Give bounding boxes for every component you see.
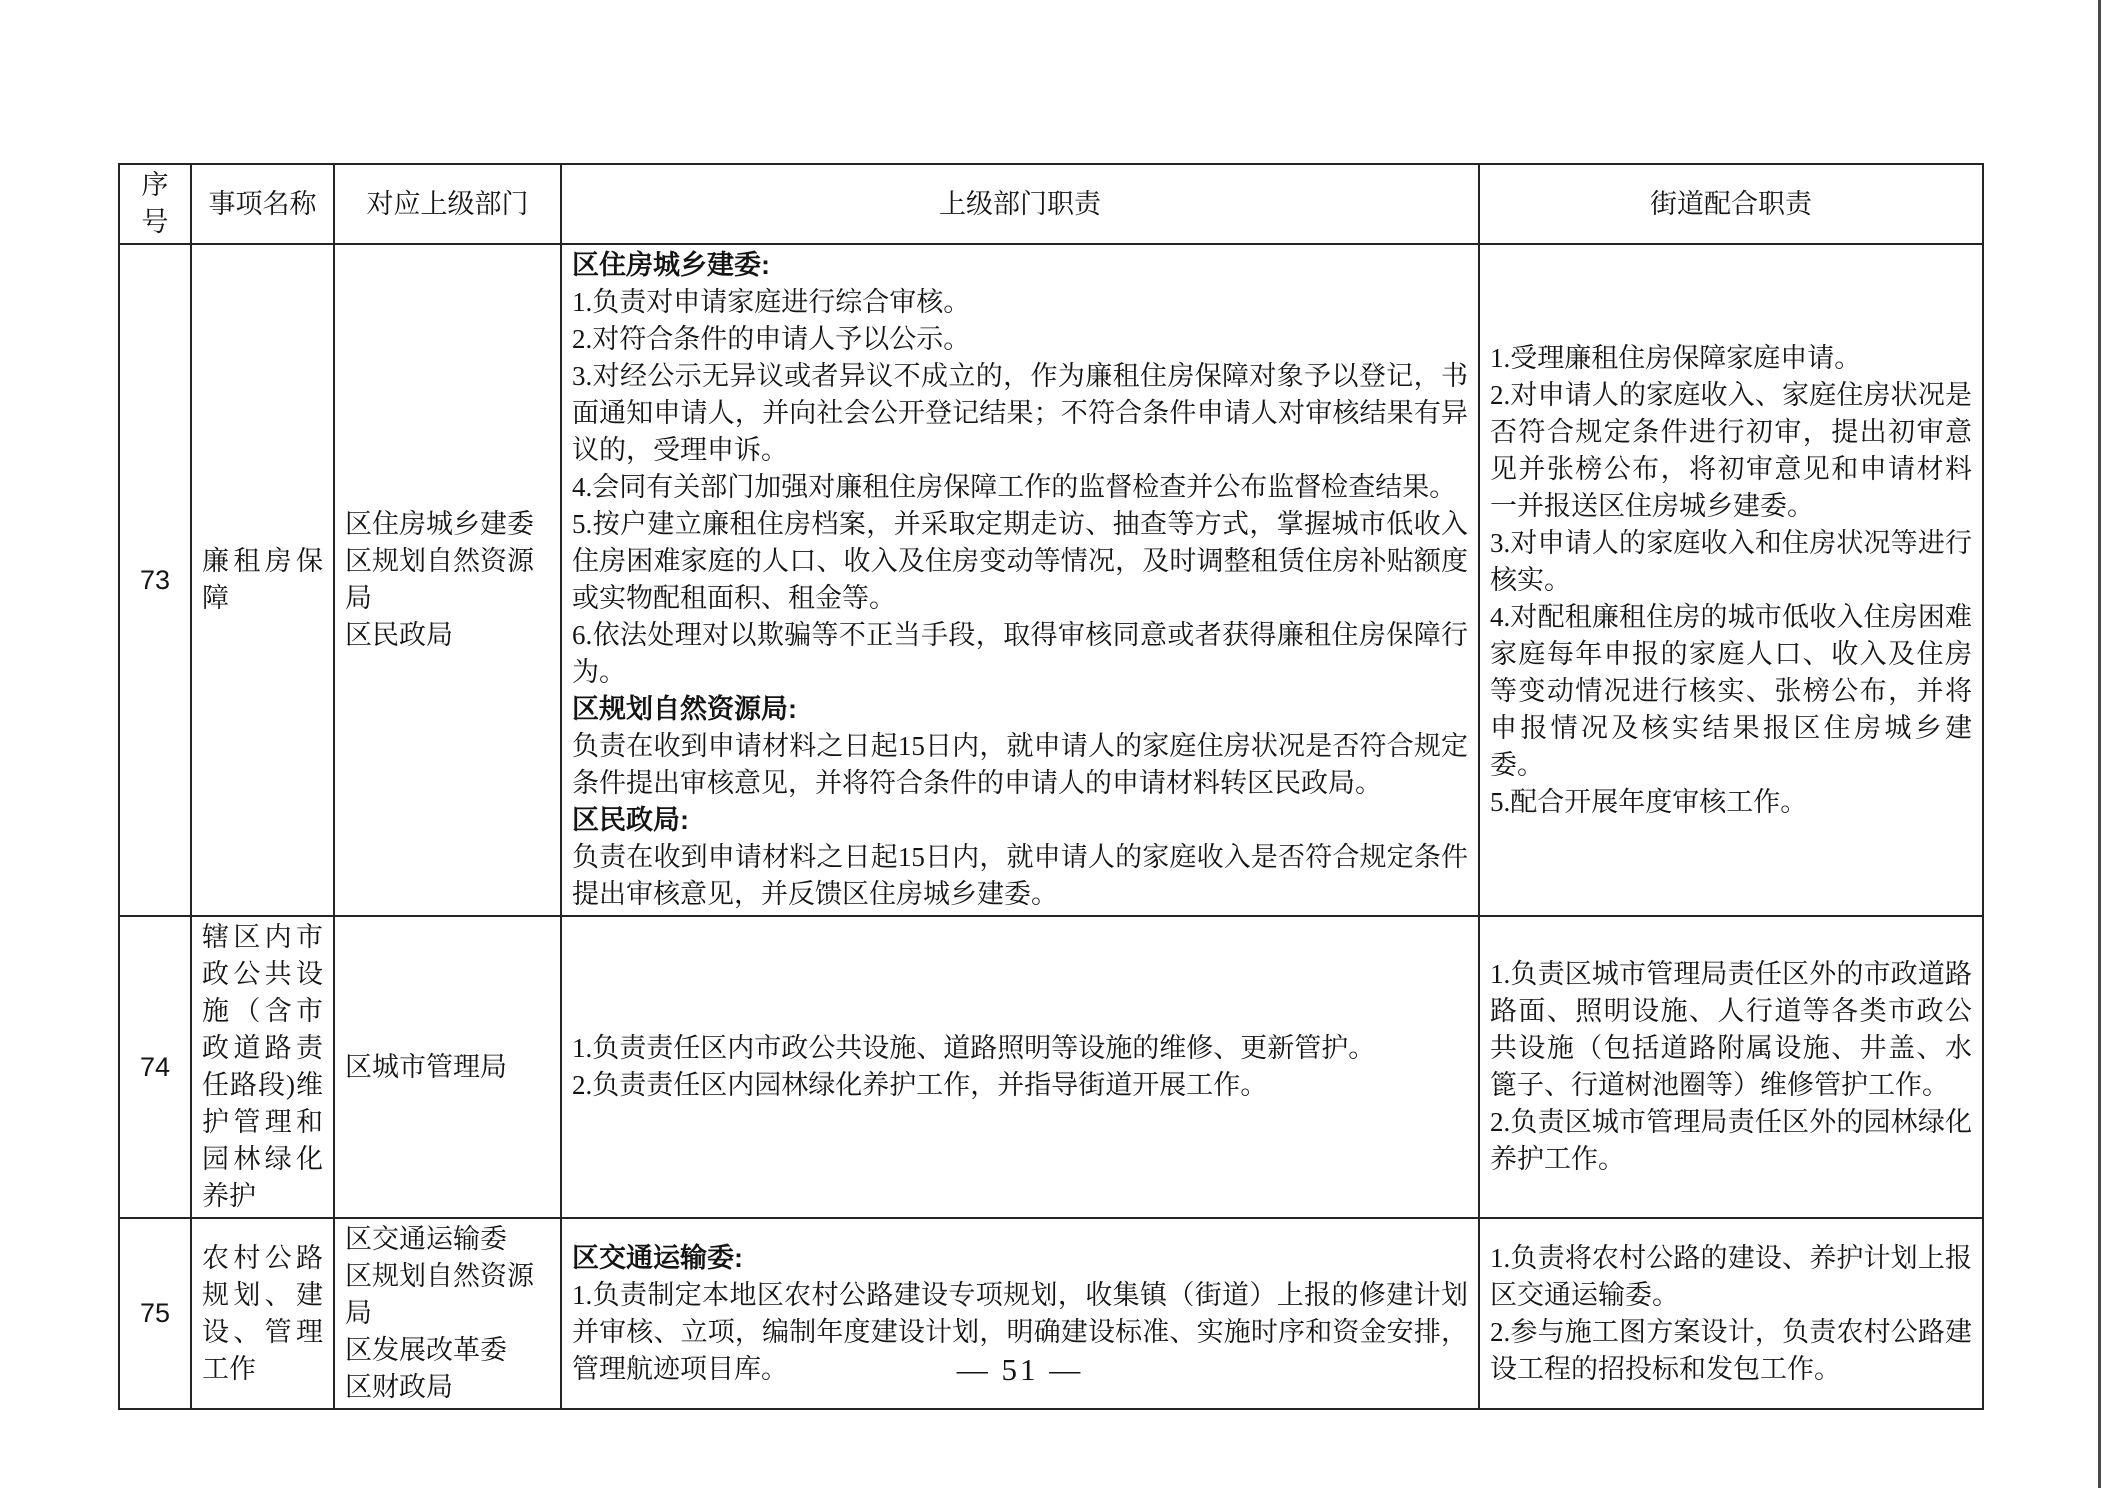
duty-paragraph: 3.对经公示无异议或者异议不成立的，作为廉租住房保障对象予以登记，书面通知申请人… xyxy=(572,358,1468,469)
duty-paragraph: 2.负责区城市管理局责任区外的园林绿化养护工作。 xyxy=(1490,1104,1972,1178)
row-74-superior-duties: 1.负责责任区内市政公共设施、道路照明等设施的维修、更新管护。2.负责责任区内园… xyxy=(561,916,1479,1218)
duty-paragraph: 2.负责责任区内园林绿化养护工作，并指导街道开展工作。 xyxy=(572,1067,1468,1104)
duty-paragraph: 负责在收到申请材料之日起15日内，就申请人的家庭住房状况是否符合规定条件提出审核… xyxy=(572,728,1468,802)
table-row-74: 74 辖区内市政公共设施（含市政道路责任路段)维护管理和园林绿化养护 区城市管理… xyxy=(119,916,1983,1218)
duty-paragraph: 区交通运输委: xyxy=(572,1240,1468,1277)
col-header-superior-department: 对应上级部门 xyxy=(334,164,561,244)
duty-paragraph: 1.受理廉租住房保障家庭申请。 xyxy=(1490,340,1972,377)
duty-paragraph: 1.负责对申请家庭进行综合审核。 xyxy=(572,284,1468,321)
scan-edge-line xyxy=(2098,0,2101,1488)
department-line: 区规划自然资源局 xyxy=(345,543,550,617)
duty-paragraph: 1.负责将农村公路的建设、养护计划上报区交通运输委。 xyxy=(1490,1240,1972,1314)
table-row-73: 73 廉租房保障 区住房城乡建委区规划自然资源局区民政局 区住房城乡建委:1.负… xyxy=(119,244,1983,916)
duty-paragraph: 1.负责责任区内市政公共设施、道路照明等设施的维修、更新管护。 xyxy=(572,1030,1468,1067)
row-74-item-name: 辖区内市政公共设施（含市政道路责任路段)维护管理和园林绿化养护 xyxy=(191,916,334,1218)
department-line: 区民政局 xyxy=(345,617,550,654)
duty-paragraph: 2.对符合条件的申请人予以公示。 xyxy=(572,321,1468,358)
row-73-departments: 区住房城乡建委区规划自然资源局区民政局 xyxy=(334,244,561,916)
duty-paragraph: 6.依法处理对以欺骗等不正当手段，取得审核同意或者获得廉租住房保障行为。 xyxy=(572,617,1468,691)
duty-paragraph: 区民政局: xyxy=(572,802,1468,839)
row-73-item-name: 廉租房保障 xyxy=(191,244,334,916)
col-header-index: 序 号 xyxy=(119,164,191,244)
duty-paragraph: 负责在收到申请材料之日起15日内，就申请人的家庭收入是否符合规定条件提出审核意见… xyxy=(572,839,1468,913)
page-number: — 51 — xyxy=(0,1352,2040,1388)
duty-paragraph: 区规划自然资源局: xyxy=(572,691,1468,728)
col-header-street-duties: 街道配合职责 xyxy=(1479,164,1983,244)
row-73-index: 73 xyxy=(119,244,191,916)
duty-paragraph: 5.按户建立廉租住房档案，并采取定期走访、抽查等方式，掌握城市低收入住房困难家庭… xyxy=(572,506,1468,617)
row-73-street-duties: 1.受理廉租住房保障家庭申请。2.对申请人的家庭收入、家庭住房状况是否符合规定条… xyxy=(1479,244,1983,916)
row-74-index: 74 xyxy=(119,916,191,1218)
duty-paragraph: 4.会同有关部门加强对廉租住房保障工作的监督检查并公布监督检查结果。 xyxy=(572,469,1468,506)
duty-paragraph: 5.配合开展年度审核工作。 xyxy=(1490,784,1972,821)
row-73-superior-duties: 区住房城乡建委:1.负责对申请家庭进行综合审核。2.对符合条件的申请人予以公示。… xyxy=(561,244,1479,916)
duty-paragraph: 4.对配租廉租住房的城市低收入住房困难家庭每年申报的家庭人口、收入及住房等变动情… xyxy=(1490,599,1972,784)
duty-paragraph: 3.对申请人的家庭收入和住房状况等进行核实。 xyxy=(1490,525,1972,599)
duty-paragraph: 区住房城乡建委: xyxy=(572,247,1468,284)
header-row: 序 号 事项名称 对应上级部门 上级部门职责 街道配合职责 xyxy=(119,164,1983,244)
department-line: 区城市管理局 xyxy=(345,1049,550,1086)
department-line: 区规划自然资源局 xyxy=(345,1258,550,1332)
row-74-street-duties: 1.负责区城市管理局责任区外的市政道路路面、照明设施、人行道等各类市政公共设施（… xyxy=(1479,916,1983,1218)
duty-paragraph: 2.对申请人的家庭收入、家庭住房状况是否符合规定条件进行初审，提出初审意见并张榜… xyxy=(1490,377,1972,525)
col-header-superior-duties: 上级部门职责 xyxy=(561,164,1479,244)
department-line: 区住房城乡建委 xyxy=(345,506,550,543)
col-header-item-name: 事项名称 xyxy=(191,164,334,244)
duties-table: 序 号 事项名称 对应上级部门 上级部门职责 街道配合职责 73 廉租房保障 区… xyxy=(118,163,1984,1410)
row-74-departments: 区城市管理局 xyxy=(334,916,561,1218)
department-line: 区交通运输委 xyxy=(345,1221,550,1258)
duty-paragraph: 1.负责区城市管理局责任区外的市政道路路面、照明设施、人行道等各类市政公共设施（… xyxy=(1490,956,1972,1104)
